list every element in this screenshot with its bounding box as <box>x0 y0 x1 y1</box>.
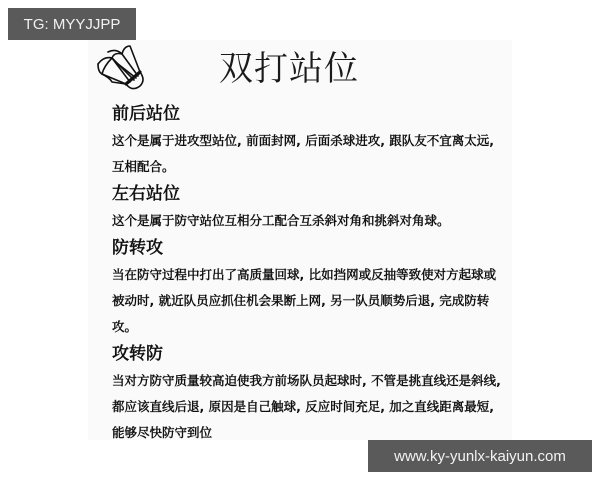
section-left-right: 左右站位 这个是属于防守站位互相分工配合互杀斜对角和挑斜对角球。 <box>112 180 502 234</box>
section-body: 这个是属于进攻型站位, 前面封网, 后面杀球进攻, 跟队友不宜离太远, 互相配合… <box>112 128 502 180</box>
page-title: 双打站位 <box>219 44 359 94</box>
section-attack-to-defense: 攻转防 当对方防守质量较高迫使我方前场队员起球时, 不管是挑直线还是斜线, 都应… <box>112 340 502 446</box>
tg-watermark-badge: TG: MYYJJPP <box>8 8 136 40</box>
section-heading: 防转攻 <box>112 234 502 262</box>
tg-watermark-text: TG: MYYJJPP <box>24 16 121 33</box>
section-heading: 攻转防 <box>112 340 502 368</box>
section-body: 当对方防守质量较高迫使我方前场队员起球时, 不管是挑直线还是斜线, 都应该直线后… <box>112 368 502 446</box>
section-body: 当在防守过程中打出了高质量回球, 比如挡网或反抽等致使对方起球或被动时, 就近队… <box>112 262 502 340</box>
section-front-back: 前后站位 这个是属于进攻型站位, 前面封网, 后面杀球进攻, 跟队友不宜离太远,… <box>112 100 502 180</box>
url-watermark-text: www.ky-yunlx-kaiyun.com <box>394 448 566 465</box>
section-defense-to-attack: 防转攻 当在防守过程中打出了高质量回球, 比如挡网或反抽等致使对方起球或被动时,… <box>112 234 502 340</box>
url-watermark-badge: www.ky-yunlx-kaiyun.com <box>368 440 592 472</box>
section-heading: 前后站位 <box>112 100 502 128</box>
section-heading: 左右站位 <box>112 180 502 208</box>
section-body: 这个是属于防守站位互相分工配合互杀斜对角和挑斜对角球。 <box>112 208 502 234</box>
shuttlecock-icon <box>96 44 148 90</box>
document-content: 前后站位 这个是属于进攻型站位, 前面封网, 后面杀球进攻, 跟队友不宜离太远,… <box>112 100 502 446</box>
